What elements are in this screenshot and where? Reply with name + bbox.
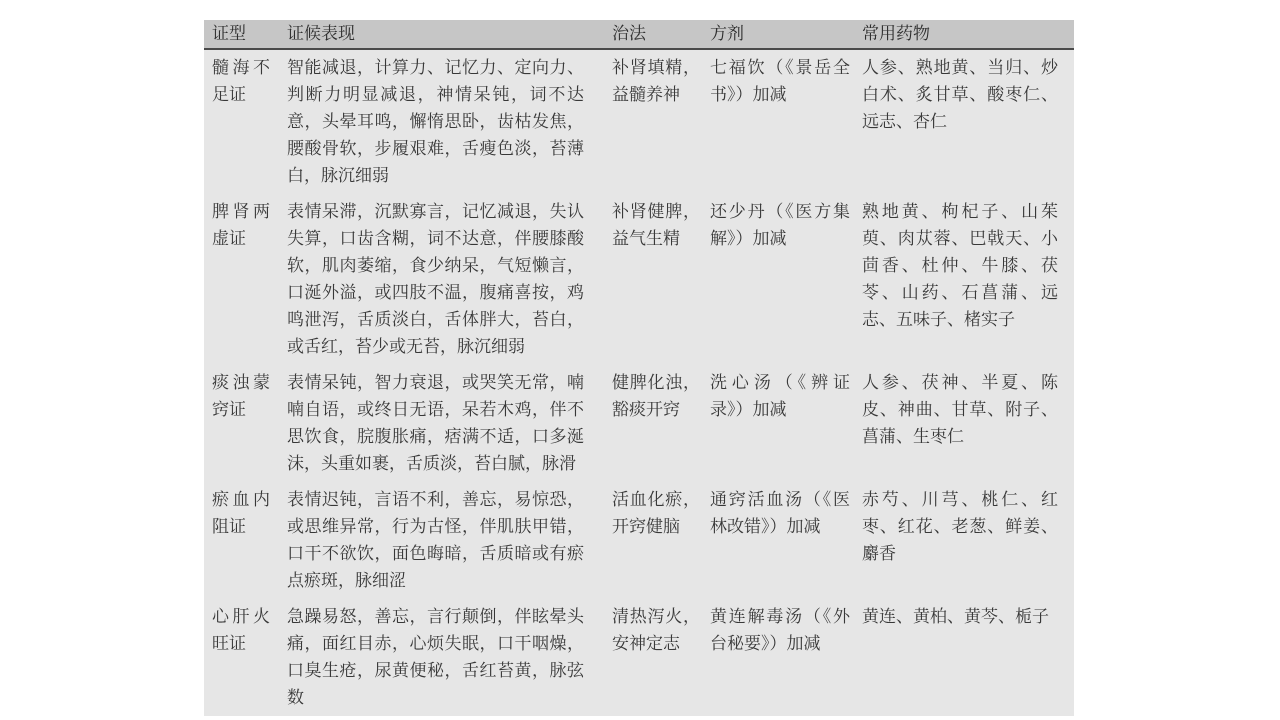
tcm-syndrome-table-container: 证型 证候表现 治法 方剂 常用药物 髓海不足证 智能减退，计算力、记忆力、定向…	[204, 20, 1074, 716]
cell-medications: 人参、茯神、半夏、陈皮、神曲、甘草、附子、菖蒲、生枣仁	[858, 365, 1074, 482]
cell-treatment: 健脾化浊，豁痰开窍	[608, 365, 706, 482]
table-row: 髓海不足证 智能减退，计算力、记忆力、定向力、判断力明显减退，神情呆钝，词不达意…	[204, 49, 1074, 194]
cell-medications: 黄连、黄柏、黄芩、栀子	[858, 599, 1074, 716]
tcm-syndrome-table: 证型 证候表现 治法 方剂 常用药物 髓海不足证 智能减退，计算力、记忆力、定向…	[204, 20, 1074, 716]
page: { "colors": { "page_bg": "#ffffff", "hea…	[0, 0, 1280, 720]
cell-syndrome-type: 心肝火旺证	[204, 599, 284, 716]
cell-syndrome-type: 痰浊蒙窍证	[204, 365, 284, 482]
cell-treatment: 补肾填精，益髓养神	[608, 49, 706, 194]
cell-syndrome-type: 脾肾两虚证	[204, 194, 284, 365]
cell-manifestations: 表情呆滞，沉默寡言，记忆减退，失认失算，口齿含糊，词不达意，伴腰膝酸软，肌肉萎缩…	[284, 194, 608, 365]
cell-formula: 还少丹（《医方集解》）加减	[706, 194, 858, 365]
col-header-syndrome-type: 证型	[204, 20, 284, 49]
cell-manifestations: 表情迟钝，言语不利，善忘，易惊恐，或思维异常，行为古怪，伴肌肤甲错，口干不欲饮，…	[284, 482, 608, 599]
cell-medications: 熟地黄、枸杞子、山茱萸、肉苁蓉、巴戟天、小茴香、杜仲、牛膝、茯苓、山药、石菖蒲、…	[858, 194, 1074, 365]
cell-treatment: 活血化瘀，开窍健脑	[608, 482, 706, 599]
table-header-row: 证型 证候表现 治法 方剂 常用药物	[204, 20, 1074, 49]
cell-treatment: 清热泻火，安神定志	[608, 599, 706, 716]
cell-formula: 通窍活血汤（《医林改错》）加减	[706, 482, 858, 599]
cell-manifestations: 表情呆钝，智力衰退，或哭笑无常，喃喃自语，或终日无语，呆若木鸡，伴不思饮食，脘腹…	[284, 365, 608, 482]
cell-manifestations: 智能减退，计算力、记忆力、定向力、判断力明显减退，神情呆钝，词不达意，头晕耳鸣，…	[284, 49, 608, 194]
table-row: 脾肾两虚证 表情呆滞，沉默寡言，记忆减退，失认失算，口齿含糊，词不达意，伴腰膝酸…	[204, 194, 1074, 365]
cell-formula: 七福饮（《景岳全书》）加减	[706, 49, 858, 194]
cell-syndrome-type: 髓海不足证	[204, 49, 284, 194]
cell-syndrome-type: 瘀血内阻证	[204, 482, 284, 599]
cell-formula: 洗心汤（《辨证录》）加减	[706, 365, 858, 482]
col-header-manifestations: 证候表现	[284, 20, 608, 49]
cell-medications: 赤芍、川芎、桃仁、红枣、红花、老葱、鲜姜、麝香	[858, 482, 1074, 599]
cell-formula: 黄连解毒汤（《外台秘要》）加减	[706, 599, 858, 716]
cell-medications: 人参、熟地黄、当归、炒白术、炙甘草、酸枣仁、远志、杏仁	[858, 49, 1074, 194]
table-row: 心肝火旺证 急躁易怒，善忘，言行颠倒，伴眩晕头痛，面红目赤，心烦失眠，口干咽燥，…	[204, 599, 1074, 716]
col-header-medications: 常用药物	[858, 20, 1074, 49]
col-header-formula: 方剂	[706, 20, 858, 49]
cell-manifestations: 急躁易怒，善忘，言行颠倒，伴眩晕头痛，面红目赤，心烦失眠，口干咽燥，口臭生疮，尿…	[284, 599, 608, 716]
table-row: 痰浊蒙窍证 表情呆钝，智力衰退，或哭笑无常，喃喃自语，或终日无语，呆若木鸡，伴不…	[204, 365, 1074, 482]
col-header-treatment: 治法	[608, 20, 706, 49]
cell-treatment: 补肾健脾，益气生精	[608, 194, 706, 365]
table-row: 瘀血内阻证 表情迟钝，言语不利，善忘，易惊恐，或思维异常，行为古怪，伴肌肤甲错，…	[204, 482, 1074, 599]
